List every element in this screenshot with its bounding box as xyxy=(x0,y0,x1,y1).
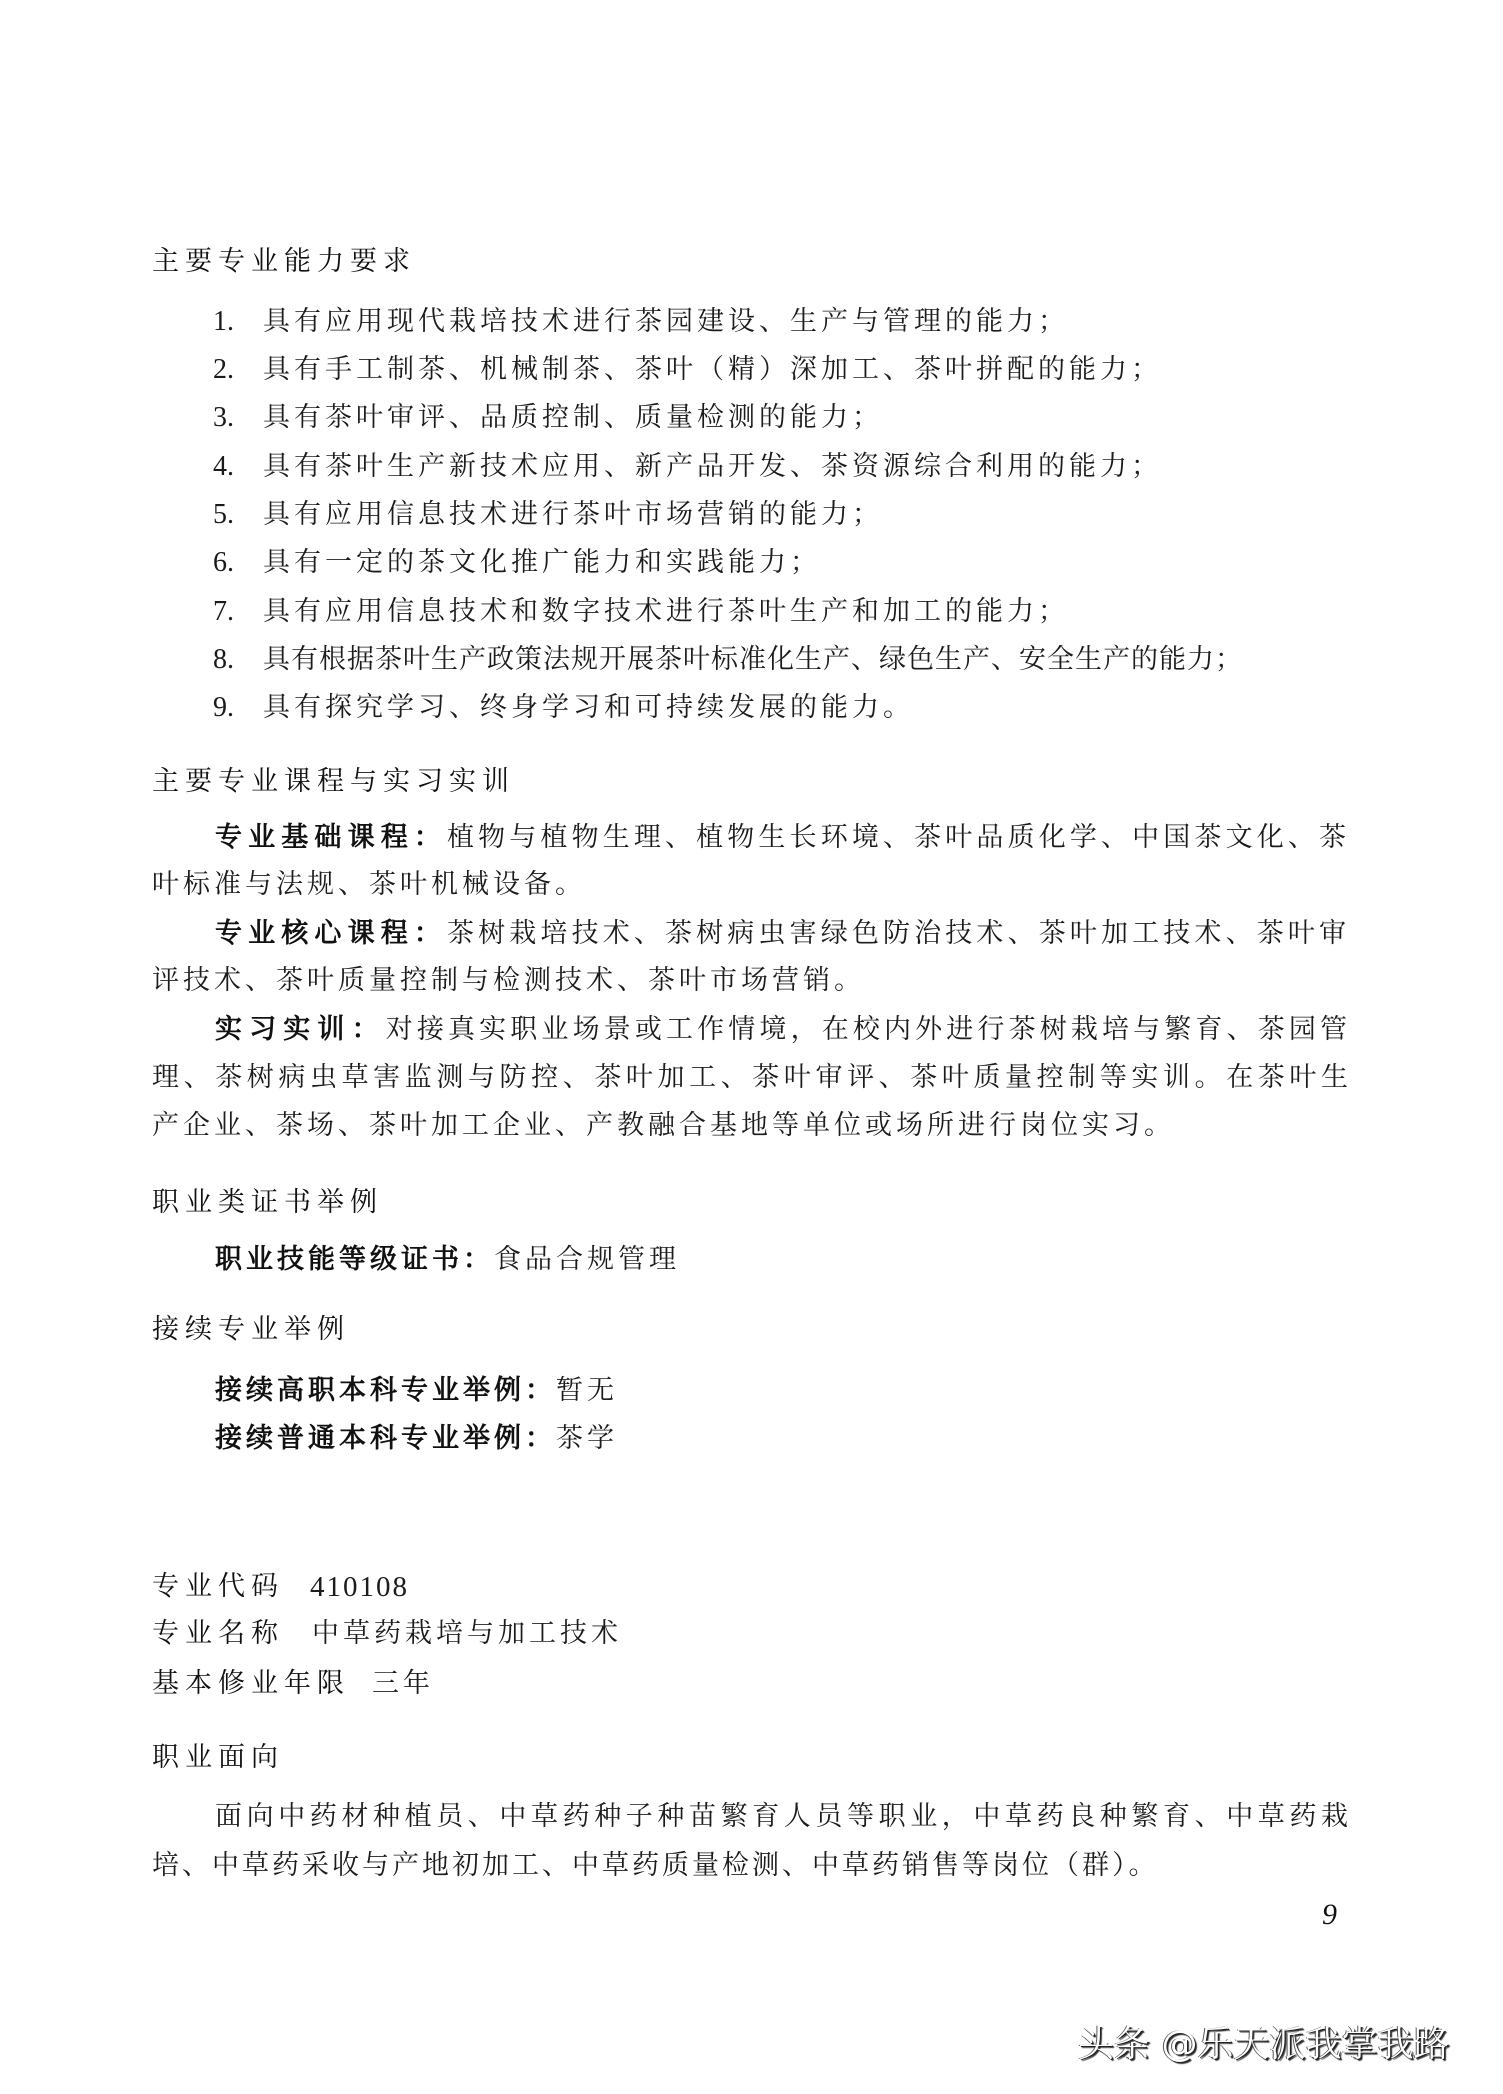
list-item: 9. 具有探究学习、终身学习和可持续发展的能力。 xyxy=(213,690,1353,726)
list-item: 8. 具有根据茶叶生产政策法规开展茶叶标准化生产、绿色生产、安全生产的能力； xyxy=(213,642,1353,678)
continuation-higher-vocational-value: 暂无 xyxy=(556,1375,618,1406)
core-courses-text: 茶树栽培技术、茶树病虫害绿色防治技术、茶叶加工技术、茶叶审 xyxy=(447,918,1348,949)
list-item-text: 具有应用现代栽培技术进行茶园建设、生产与管理的能力； xyxy=(263,304,1069,340)
program-name-row: 专业名称 中草药栽培与加工技术 xyxy=(152,1616,952,1652)
list-item-number: 2. xyxy=(213,352,234,388)
list-item-number: 6. xyxy=(213,545,234,581)
list-item-number: 9. xyxy=(213,690,234,726)
section-heading-courses: 主要专业课程与实习实训 xyxy=(152,764,515,800)
list-item-number: 7. xyxy=(213,594,234,630)
list-item-number: 8. xyxy=(213,642,234,678)
section-heading-continuation: 接续专业举例 xyxy=(152,1312,350,1348)
program-name-value: 中草药栽培与加工技术 xyxy=(312,1616,622,1652)
watermark-text: 头条 @乐天派我掌我路 xyxy=(1078,2016,1449,2067)
list-item: 3. 具有茶叶审评、品质控制、质量检测的能力； xyxy=(213,400,1353,436)
section-heading-abilities: 主要专业能力要求 xyxy=(152,244,416,280)
list-item-number: 5. xyxy=(213,497,234,533)
practice-line1: 实习实训：对接真实职业场景或工作情境，在校内外进行茶树栽培与繁育、茶园管 xyxy=(215,1012,1348,1048)
practice-line3: 产企业、茶场、茶叶加工企业、产教融合基地等单位或场所进行岗位实习。 xyxy=(152,1108,1175,1144)
foundation-courses-label: 专业基础课程： xyxy=(215,822,447,853)
core-courses-line2: 评技术、茶叶质量控制与检测技术、茶叶市场营销。 xyxy=(152,963,865,999)
list-item-number: 1. xyxy=(213,304,234,340)
section-heading-certificates: 职业类证书举例 xyxy=(152,1185,383,1221)
certificate-value: 食品合规管理 xyxy=(494,1244,680,1275)
program-code-value: 410108 xyxy=(310,1569,409,1605)
continuation-general-undergrad: 接续普通本科专业举例：茶学 xyxy=(215,1421,618,1457)
foundation-courses-line1: 专业基础课程：植物与植物生理、植物生长环境、茶叶品质化学、中国茶文化、茶 xyxy=(215,820,1348,856)
career-line1: 面向中药材种植员、中草药种子种苗繁育人员等职业，中草药良种繁育、中草药栽 xyxy=(215,1799,1348,1835)
list-item-text: 具有茶叶生产新技术应用、新产品开发、茶资源综合利用的能力； xyxy=(263,449,1162,485)
list-item-number: 3. xyxy=(213,400,234,436)
page-number: 9 xyxy=(1322,1898,1337,1932)
program-name-label: 专业名称 xyxy=(152,1618,284,1649)
list-item-text: 具有茶叶审评、品质控制、质量检测的能力； xyxy=(263,400,883,436)
core-courses-label: 专业核心课程： xyxy=(215,918,447,949)
program-duration-row: 基本修业年限 三年 xyxy=(152,1666,952,1702)
continuation-higher-vocational-label: 接续高职本科专业举例： xyxy=(215,1375,556,1406)
program-duration-label: 基本修业年限 xyxy=(152,1668,350,1699)
section-heading-career: 职业面向 xyxy=(152,1740,284,1776)
list-item-text: 具有一定的茶文化推广能力和实践能力； xyxy=(263,545,821,581)
list-item: 4. 具有茶叶生产新技术应用、新产品开发、茶资源综合利用的能力； xyxy=(213,449,1353,485)
list-item-text: 具有手工制茶、机械制茶、茶叶（精）深加工、茶叶拼配的能力； xyxy=(263,352,1162,388)
career-line2: 培、中草药采收与产地初加工、中草药质量检测、中草药销售等岗位（群）。 xyxy=(152,1848,1159,1884)
program-code-row: 专业代码 410108 xyxy=(152,1569,284,1605)
continuation-general-undergrad-label: 接续普通本科专业举例： xyxy=(215,1423,556,1454)
continuation-general-undergrad-value: 茶学 xyxy=(556,1423,618,1454)
list-item: 5. 具有应用信息技术进行茶叶市场营销的能力； xyxy=(213,497,1353,533)
practice-label: 实习实训： xyxy=(215,1014,386,1045)
list-item: 7. 具有应用信息技术和数字技术进行茶叶生产和加工的能力； xyxy=(213,594,1353,630)
foundation-courses-line2: 叶标准与法规、茶叶机械设备。 xyxy=(152,867,586,903)
practice-line2: 理、茶树病虫草害监测与防控、茶叶加工、茶叶审评、茶叶质量控制等实训。在茶叶生 xyxy=(152,1060,1348,1096)
list-item: 6. 具有一定的茶文化推广能力和实践能力； xyxy=(213,545,1353,581)
foundation-courses-text: 植物与植物生理、植物生长环境、茶叶品质化学、中国茶文化、茶 xyxy=(447,822,1348,853)
list-item-text: 具有根据茶叶生产政策法规开展茶叶标准化生产、绿色生产、安全生产的能力； xyxy=(263,642,1243,678)
list-item: 2. 具有手工制茶、机械制茶、茶叶（精）深加工、茶叶拼配的能力； xyxy=(213,352,1353,388)
list-item-number: 4. xyxy=(213,449,234,485)
core-courses-line1: 专业核心课程：茶树栽培技术、茶树病虫害绿色防治技术、茶叶加工技术、茶叶审 xyxy=(215,916,1348,952)
practice-text: 对接真实职业场景或工作情境，在校内外进行茶树栽培与繁育、茶园管 xyxy=(386,1014,1348,1045)
program-code-label: 专业代码 xyxy=(152,1571,284,1602)
certificate-label: 职业技能等级证书： xyxy=(215,1244,494,1275)
list-item-text: 具有应用信息技术和数字技术进行茶叶生产和加工的能力； xyxy=(263,594,1069,630)
list-item-text: 具有应用信息技术进行茶叶市场营销的能力； xyxy=(263,497,883,533)
document-page: 主要专业能力要求 1. 具有应用现代栽培技术进行茶园建设、生产与管理的能力； 2… xyxy=(0,0,1503,2094)
program-duration-value: 三年 xyxy=(372,1666,434,1702)
continuation-higher-vocational: 接续高职本科专业举例：暂无 xyxy=(215,1373,618,1409)
certificate-line: 职业技能等级证书：食品合规管理 xyxy=(215,1242,680,1278)
list-item-text: 具有探究学习、终身学习和可持续发展的能力。 xyxy=(263,690,914,726)
list-item: 1. 具有应用现代栽培技术进行茶园建设、生产与管理的能力； xyxy=(213,304,1353,340)
